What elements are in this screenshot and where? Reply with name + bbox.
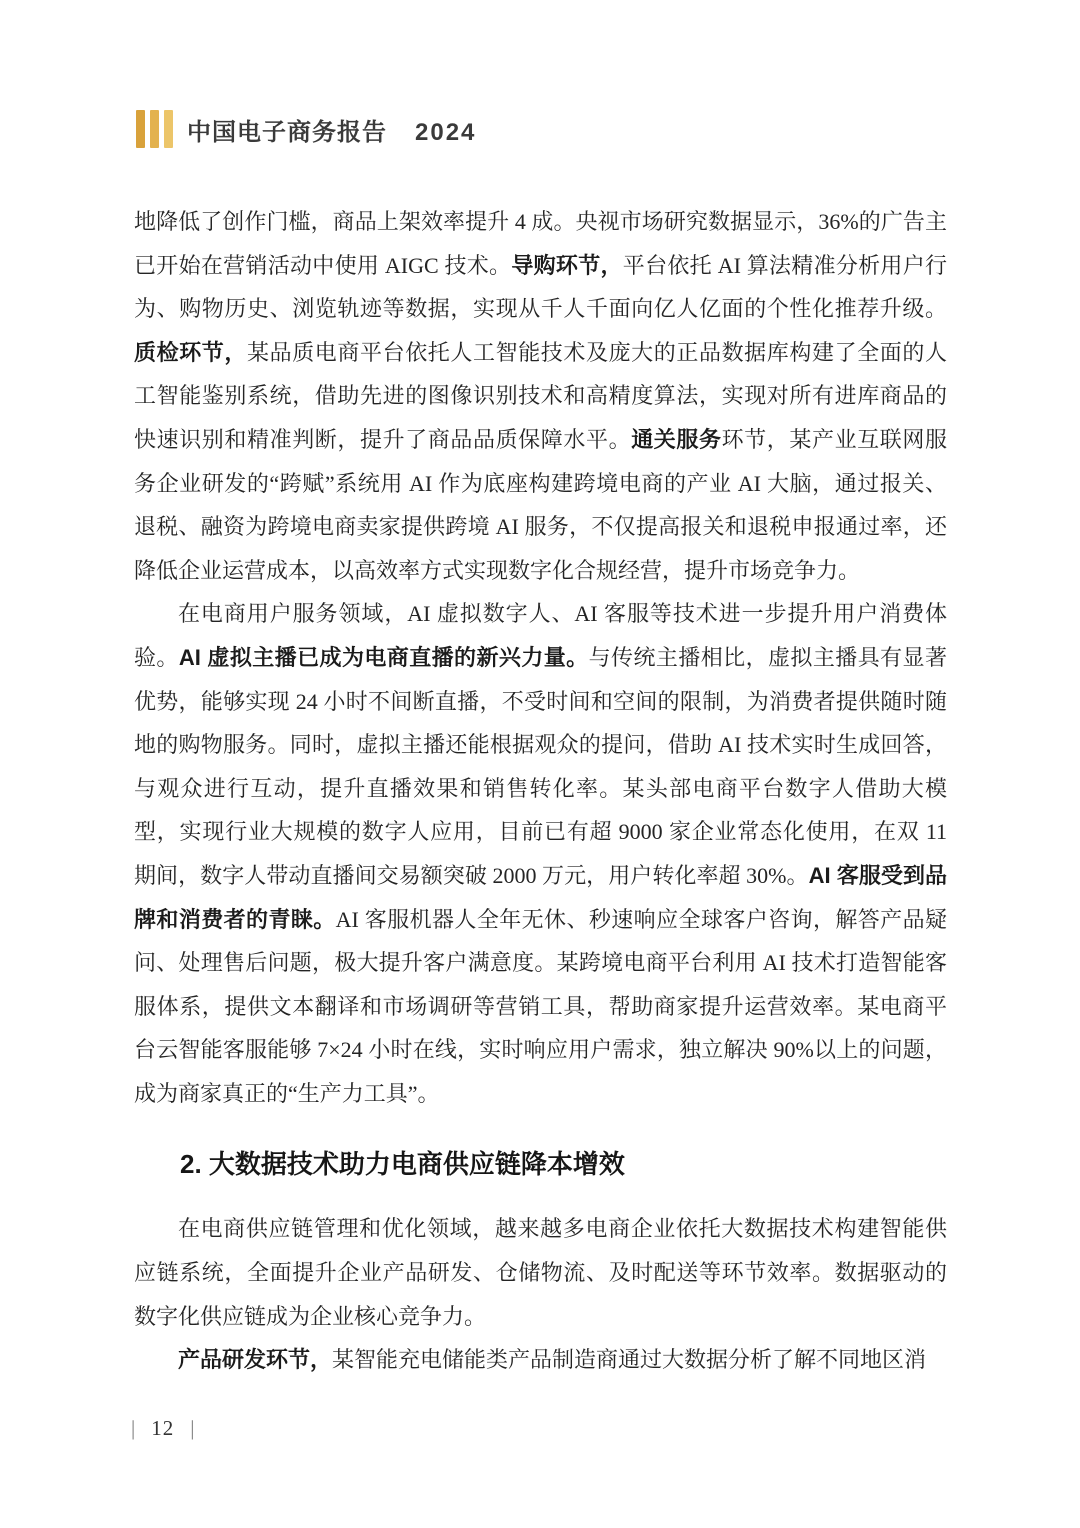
page-footer: | 12 |	[131, 1416, 194, 1441]
document-body: 地降低了创作门槛，商品上架效率提升 4 成。央视市场研究数据显示，36%的广告主…	[134, 200, 947, 1382]
body-paragraph: 在电商供应链管理和优化领域，越来越多电商企业依托大数据技术构建智能供应链系统，全…	[134, 1207, 947, 1338]
bold-text-run: 导购环节，	[511, 253, 622, 278]
page-header: 中国电子商务报告 2024	[136, 110, 476, 148]
section-heading: 2. 大数据技术助力电商供应链降本增效	[134, 1145, 947, 1183]
bold-text-run: 质检环节，	[134, 340, 247, 365]
bold-text-run: 产品研发环节，	[178, 1347, 332, 1372]
body-paragraph: 产品研发环节，某智能充电储能类产品制造商通过大数据分析了解不同地区消	[134, 1338, 947, 1382]
body-paragraph: 在电商用户服务领域，AI 虚拟数字人、AI 客服等技术进一步提升用户消费体验。A…	[134, 592, 947, 1115]
document-page: 中国电子商务报告 2024 地降低了创作门槛，商品上架效率提升 4 成。央视市场…	[0, 0, 1080, 1528]
body-paragraph: 地降低了创作门槛，商品上架效率提升 4 成。央视市场研究数据显示，36%的广告主…	[134, 200, 947, 592]
text-run: 某智能充电储能类产品制造商通过大数据分析了解不同地区消	[332, 1347, 926, 1372]
report-logo-icon	[136, 110, 173, 148]
logo-bar-2	[150, 110, 159, 148]
footer-divider-left: |	[131, 1416, 135, 1441]
report-title: 中国电子商务报告 2024	[187, 112, 476, 147]
report-year: 2024	[415, 119, 476, 147]
page-number: 12	[151, 1416, 174, 1441]
footer-divider-right: |	[190, 1416, 194, 1441]
logo-bar-1	[136, 110, 145, 148]
text-run: AI 客服机器人全年无休、秒速响应全球客户咨询，解答产品疑问、处理售后问题，极大…	[134, 907, 947, 1106]
report-title-text: 中国电子商务报告	[187, 112, 387, 147]
bold-text-run: 通关服务	[631, 427, 721, 452]
bold-text-run: AI 虚拟主播已成为电商直播的新兴力量。	[179, 645, 589, 670]
logo-bar-3	[164, 110, 173, 148]
text-run: 与传统主播相比，虚拟主播具有显著优势，能够实现 24 小时不间断直播，不受时间和…	[134, 645, 947, 888]
text-run: 在电商供应链管理和优化领域，越来越多电商企业依托大数据技术构建智能供应链系统，全…	[134, 1216, 947, 1328]
